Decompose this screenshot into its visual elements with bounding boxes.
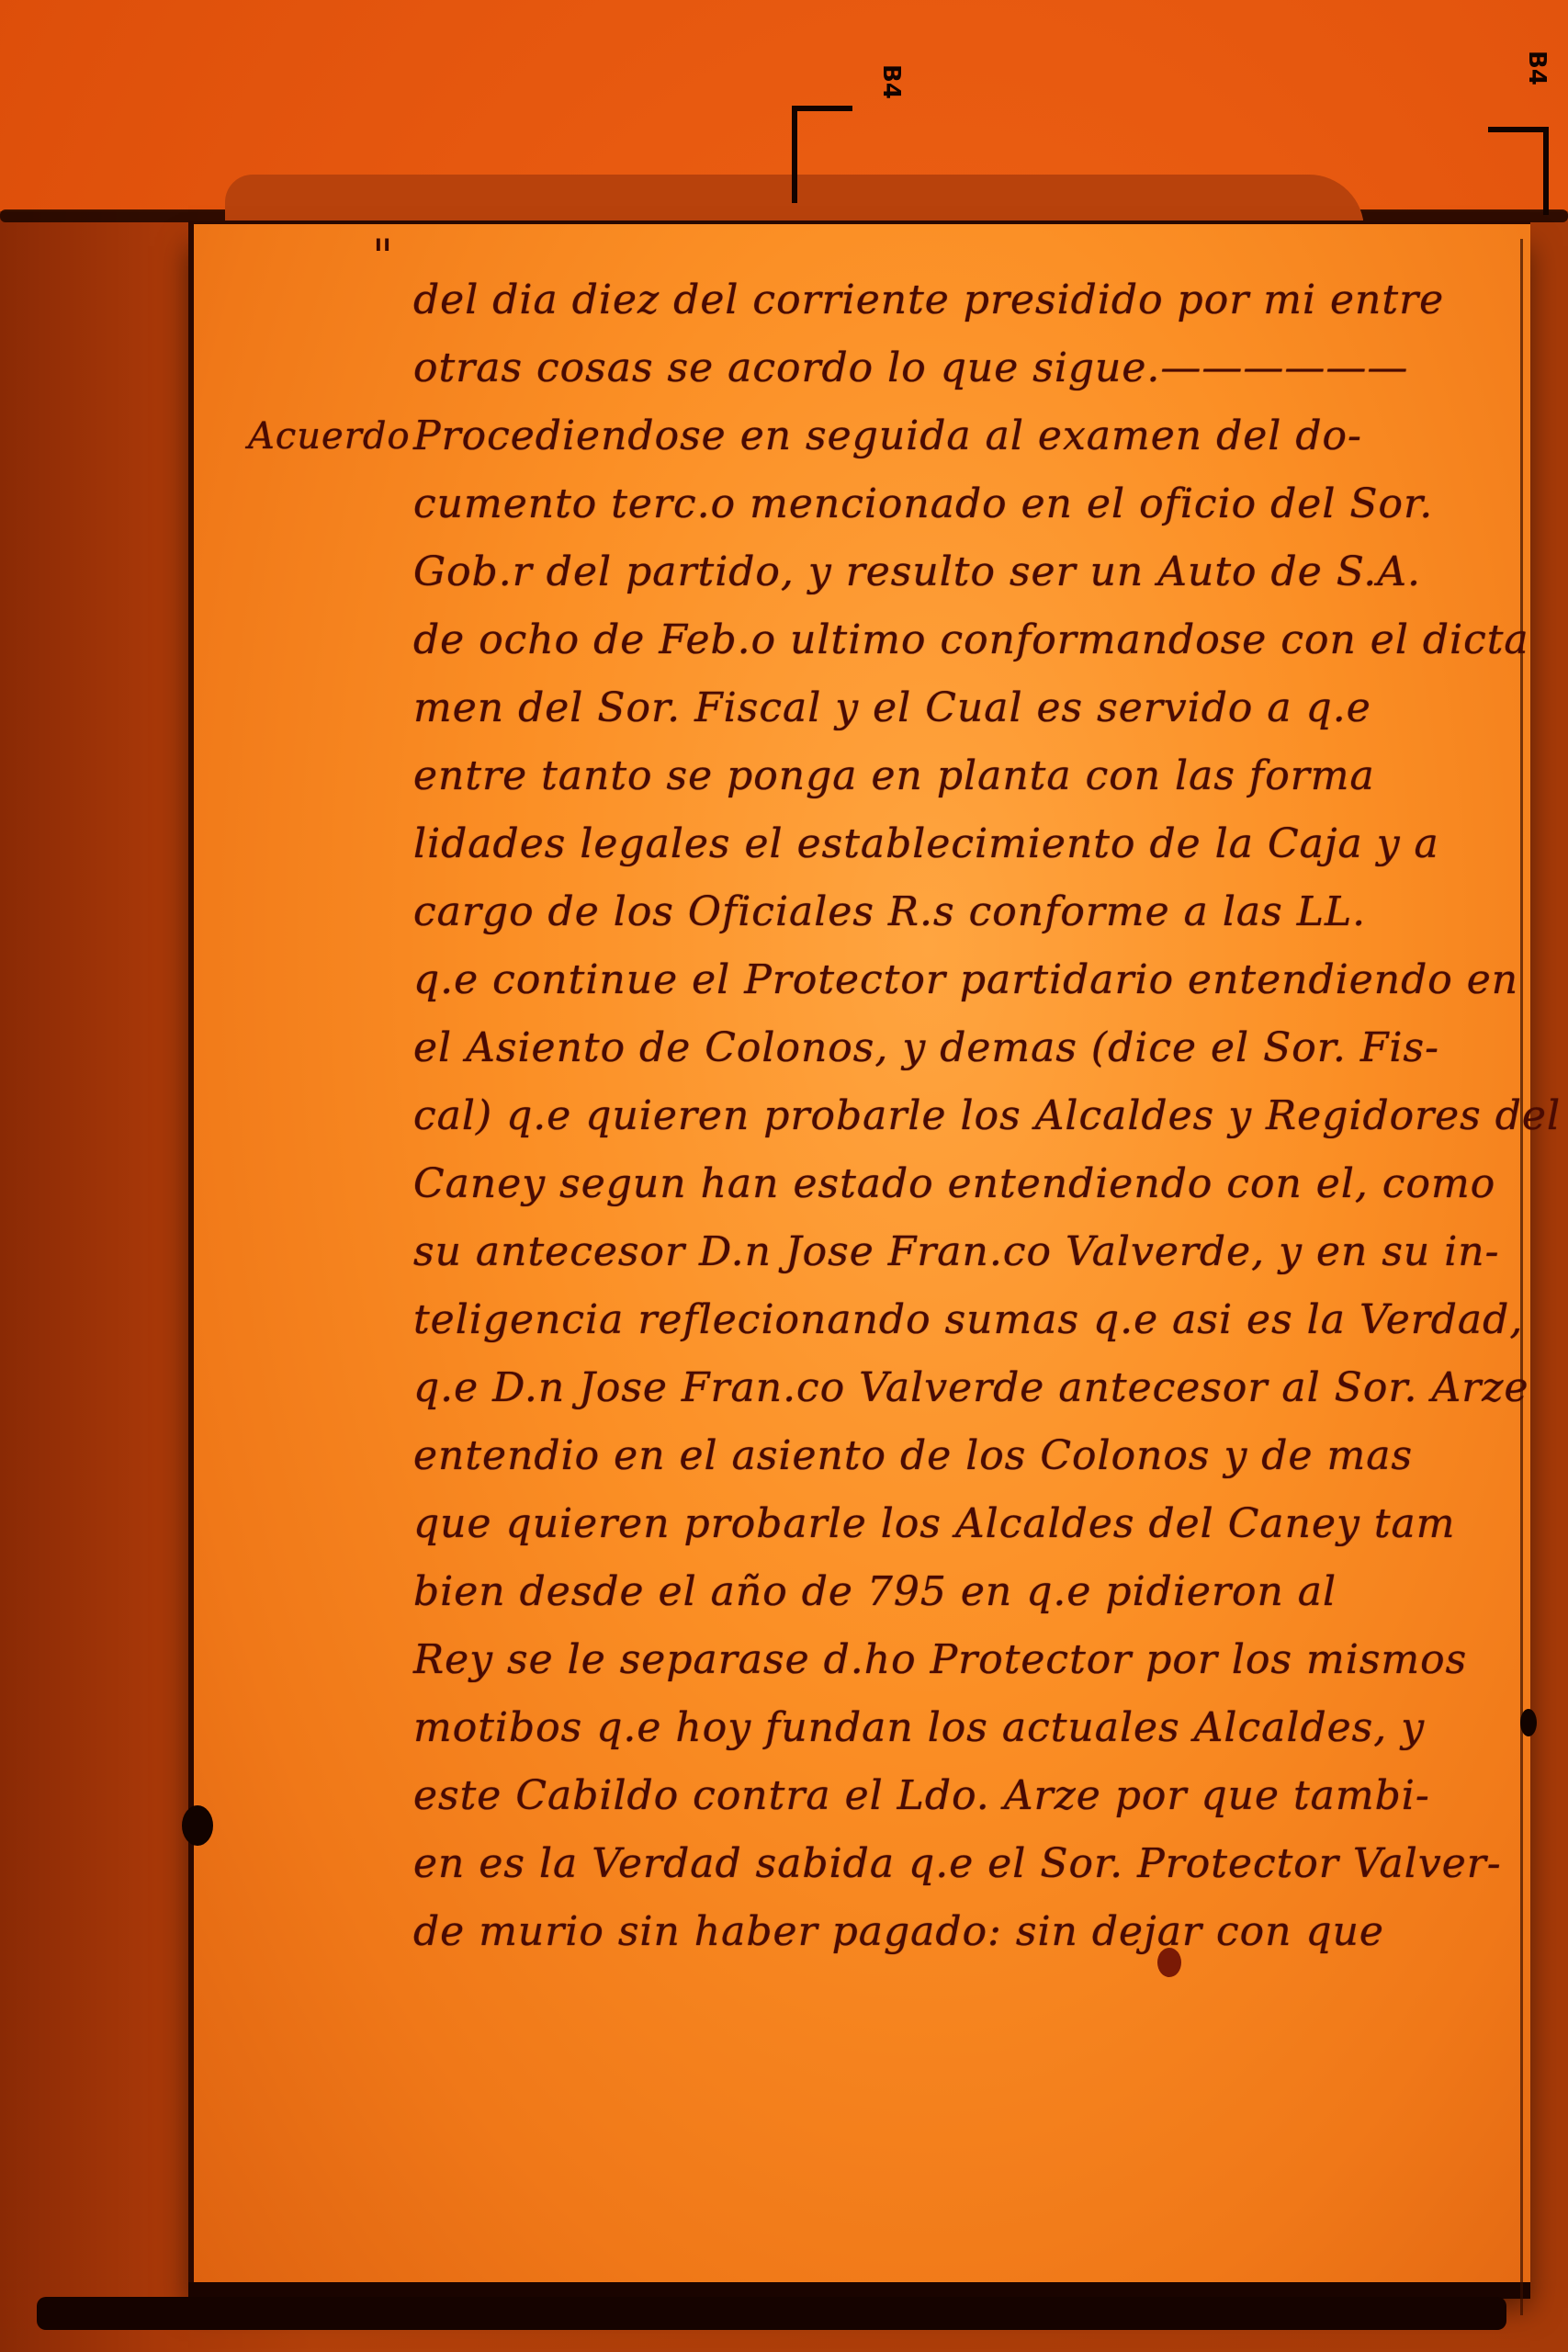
text-line: el Asiento de Colonos, y demas (dice el … — [248, 1014, 1497, 1082]
text-line: cargo de los Oficiales R.s conforme a la… — [248, 878, 1497, 946]
text-line: Acuerdo Procediendose en seguida al exam… — [248, 402, 1497, 470]
text-line: lidades legales el establecimiento de la… — [248, 810, 1497, 878]
text-line: de murio sin haber pagado: sin dejar con… — [248, 1898, 1497, 1966]
text-line: que quieren probarle los Alcaldes del Ca… — [248, 1490, 1497, 1558]
text-line: Gob.r del partido, y resulto ser un Auto… — [248, 538, 1497, 606]
page-fold-edge — [1520, 239, 1523, 2315]
text-line: su antecesor D.n Jose Fran.co Valverde, … — [248, 1218, 1497, 1286]
text-line: q.e continue el Protector partidario ent… — [248, 946, 1497, 1014]
text-line: en es la Verdad sabida q.e el Sor. Prote… — [248, 1830, 1497, 1898]
text-line: cumento terc.o mencionado en el oficio d… — [248, 470, 1497, 538]
manuscript-text: del dia diez del corriente presidido por… — [248, 266, 1497, 1966]
bottom-shadow — [37, 2297, 1506, 2330]
text-line: teligencia reflecionando sumas q.e asi e… — [248, 1286, 1497, 1354]
text-line: de ocho de Feb.o ultimo conformandose co… — [248, 606, 1497, 674]
text-line: del dia diez del corriente presidido por… — [248, 266, 1497, 334]
crop-marker-right — [1488, 127, 1549, 215]
text-line: q.e D.n Jose Fran.co Valverde antecesor … — [248, 1354, 1497, 1422]
text-line: cal) q.e quieren probarle los Alcaldes y… — [248, 1082, 1497, 1150]
ink-blot — [1520, 1709, 1537, 1736]
text-line: este Cabildo contra el Ldo. Arze por que… — [248, 1762, 1497, 1830]
text-line: entendio en el asiento de los Colonos y … — [248, 1422, 1497, 1490]
text-line: bien desde el año de 795 en q.e pidieron… — [248, 1558, 1497, 1626]
crop-marker-left — [792, 106, 852, 203]
text-line: otras cosas se acordo lo que sigue.—————… — [248, 334, 1497, 402]
margin-note: Acuerdo — [248, 402, 413, 470]
text-line: men del Sor. Fiscal y el Cual es servido… — [248, 674, 1497, 742]
ink-blot — [182, 1805, 213, 1846]
text-line: Rey se le separase d.ho Protector por lo… — [248, 1626, 1497, 1694]
text-line: Caney segun han estado entendiendo con e… — [248, 1150, 1497, 1218]
text-line: entre tanto se ponga en planta con las f… — [248, 742, 1497, 810]
text-line: motibos q.e hoy fundan los actuales Alca… — [248, 1694, 1497, 1762]
